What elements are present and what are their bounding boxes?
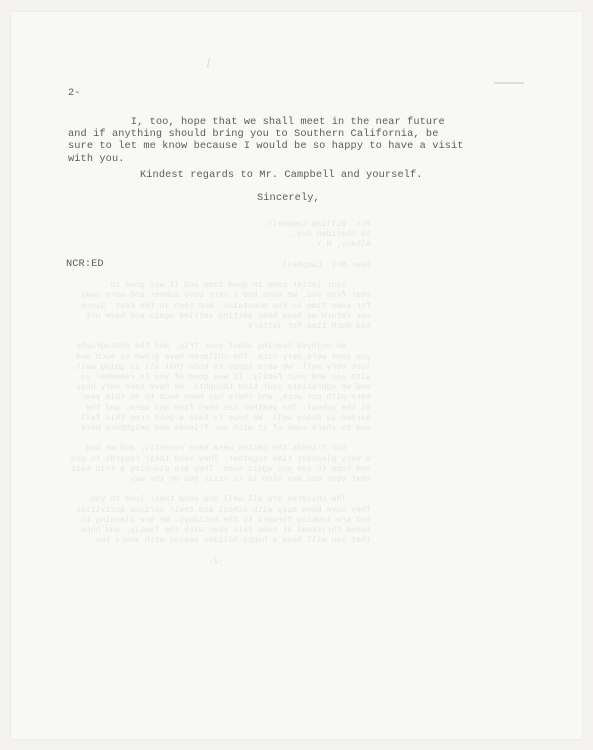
- body-paragraph: I, too, hope that we shall meet in the n…: [68, 116, 464, 165]
- signoff: Sincerely,: [257, 192, 320, 204]
- pencil-mark: [207, 58, 210, 68]
- bleed-through-text: Mrs. William Campbell 15 Sheridan Ave., …: [71, 220, 371, 567]
- letter-page: Mrs. William Campbell 15 Sheridan Ave., …: [11, 12, 582, 739]
- closing-line: Kindest regards to Mr. Campbell and your…: [140, 169, 423, 181]
- page-number: 2-: [68, 87, 81, 99]
- faint-corner-mark: [494, 82, 524, 84]
- typist-initials: NCR:ED: [66, 258, 104, 270]
